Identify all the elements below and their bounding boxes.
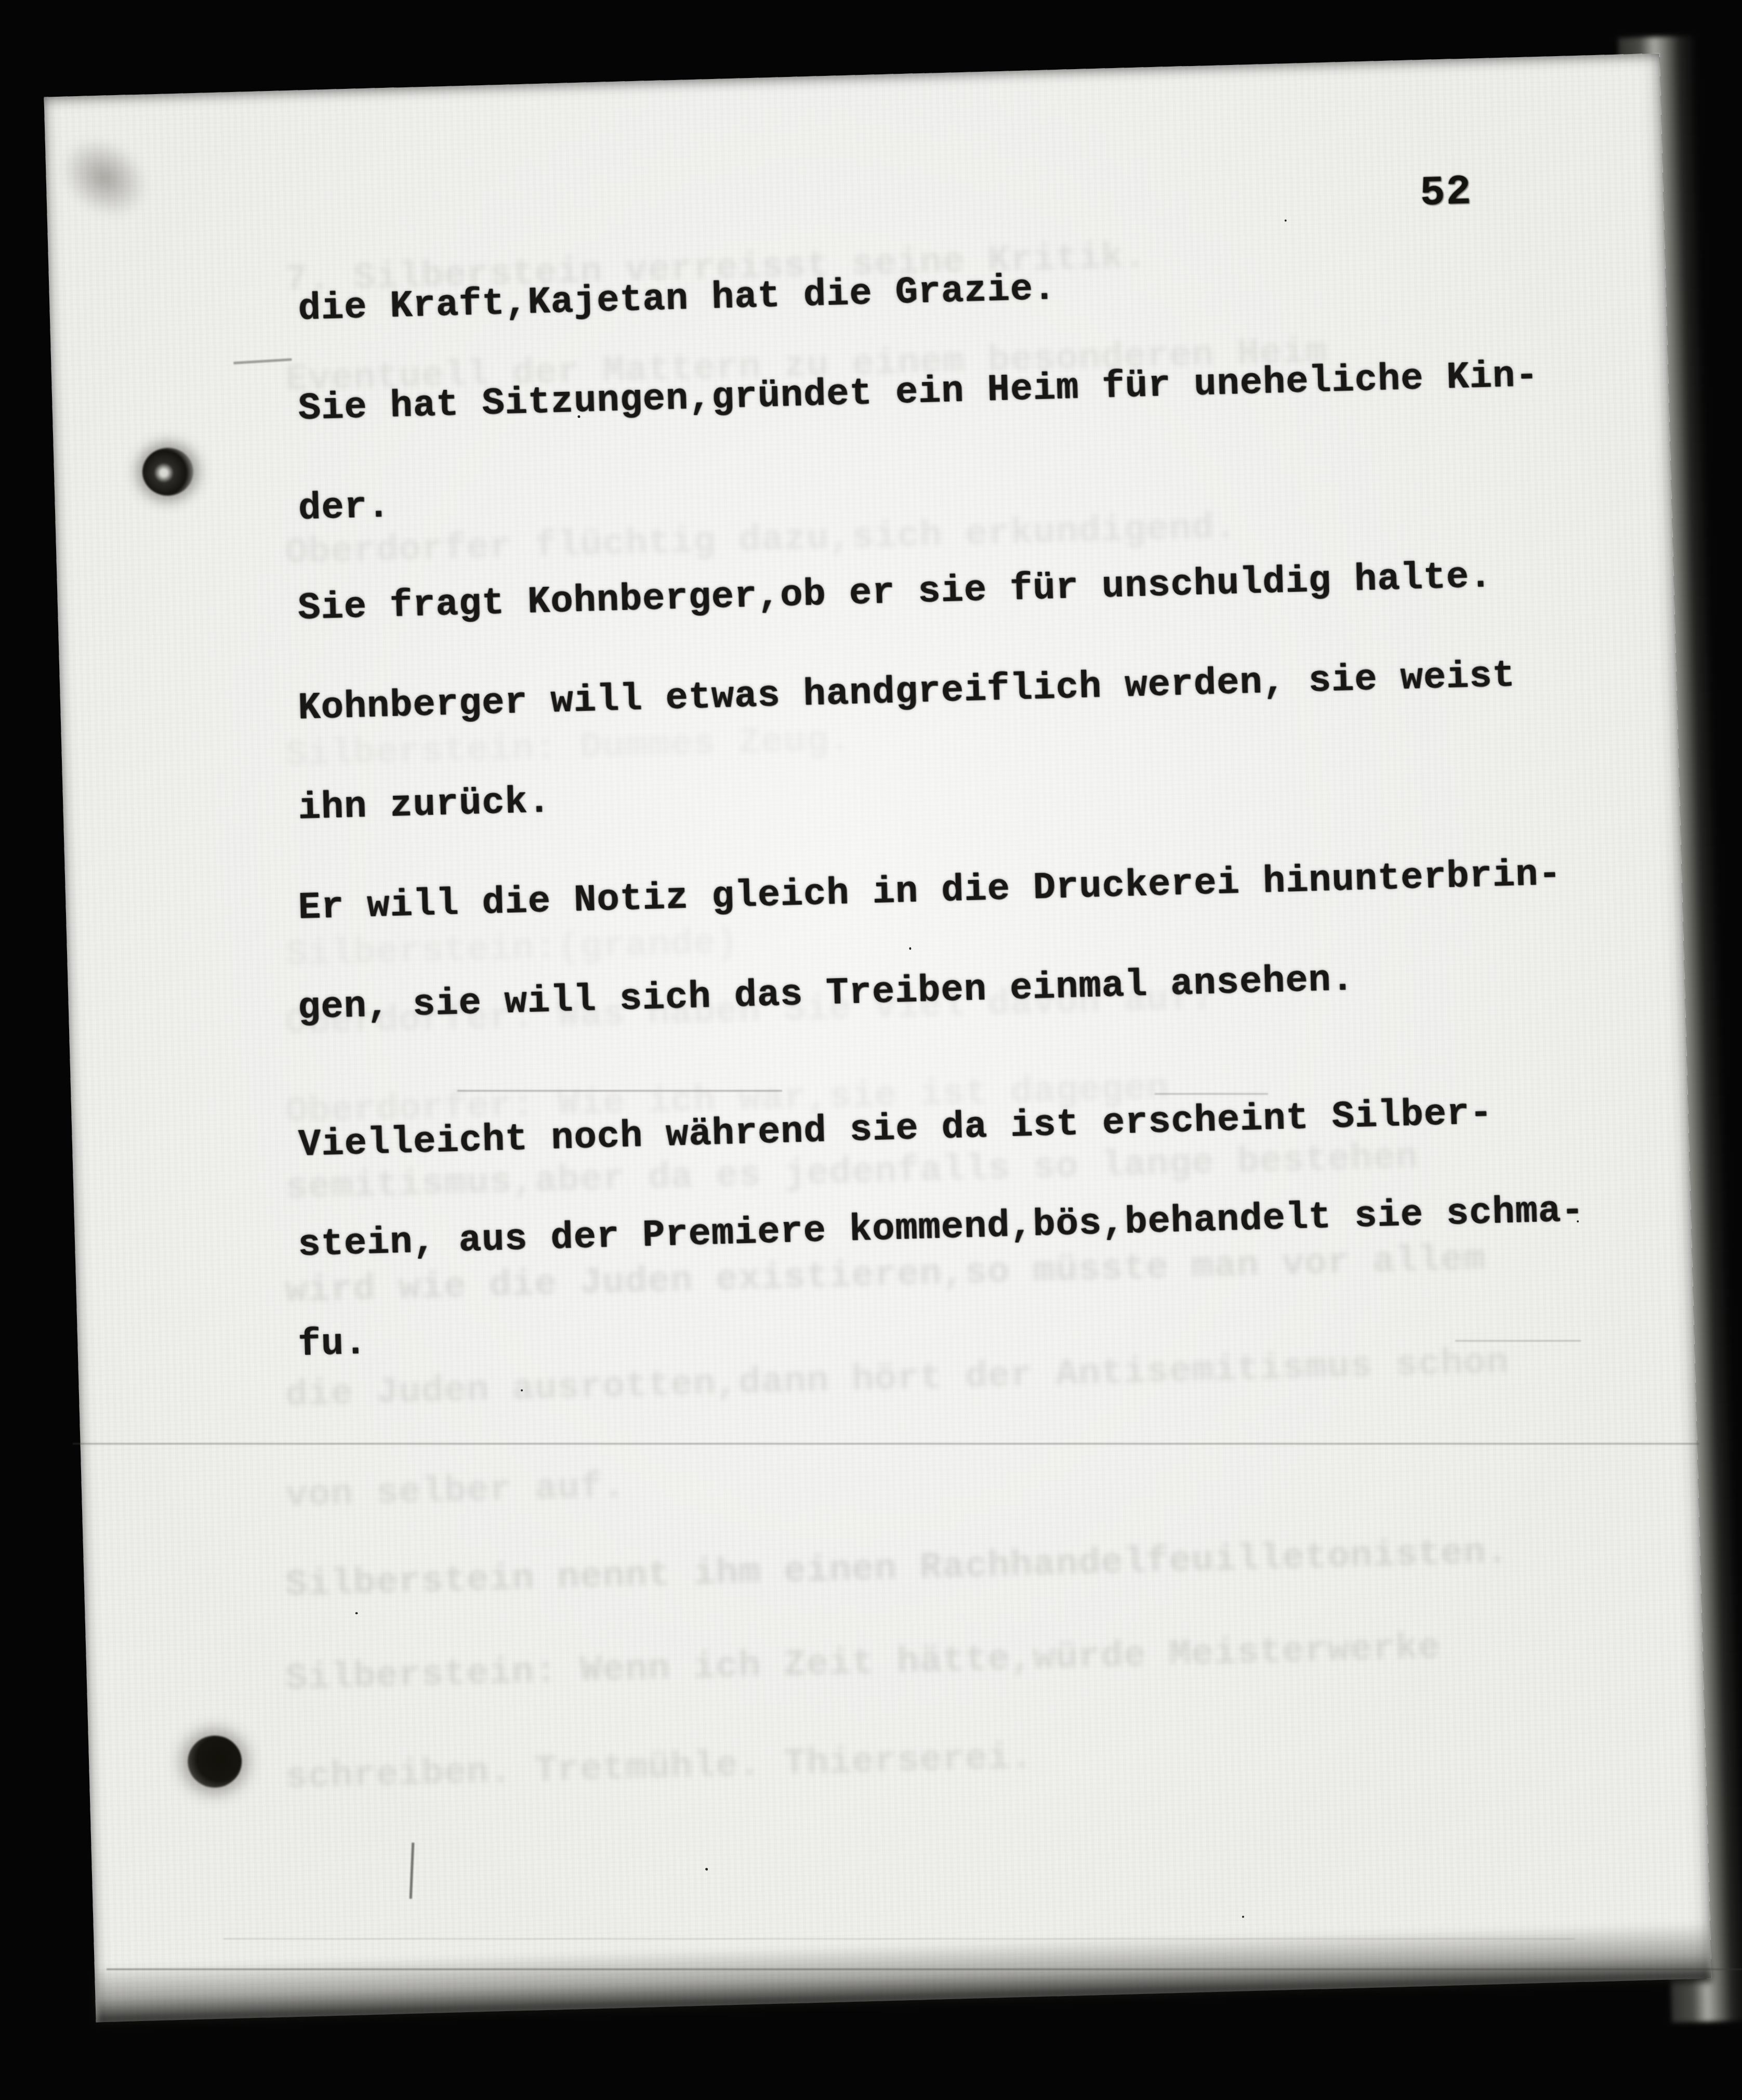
dust-speck [521,1389,523,1392]
dust-speck [1285,219,1287,221]
edge-smudge [45,122,163,234]
dust-speck [577,415,580,418]
dust-speck [705,1868,708,1870]
paper-bottom-shadow [95,1922,1712,2025]
ghost-line: Silberstein:(grande) [285,925,739,974]
typed-line: Er will die Notiz gleich in die Druckere… [298,855,1562,927]
dust-speck [355,1612,358,1614]
dust-speck [1577,1220,1579,1223]
typed-line: ihn zurück. [298,783,551,827]
punch-hole-bottom [187,1735,243,1789]
ghost-line: von selber auf. [285,1468,626,1515]
ghost-line: Silberstein: Dummes Zeug. [285,722,852,774]
typed-line: fu. [298,1324,368,1364]
page-number: 52 [1419,168,1472,217]
typed-line: Kohnberger will etwas handgreiflich werd… [297,657,1515,727]
scan-background: { "doc": { "page_number": "52", "languag… [0,0,1742,2100]
faint-crease-line [223,1938,1575,1939]
underlying-page-edge [107,1968,1742,1970]
crease-line [73,1443,1699,1445]
typed-dash-line [1155,1093,1268,1095]
typed-line: der. [298,488,391,528]
dust-speck [1242,1916,1244,1918]
typed-dash-line [457,1090,782,1092]
ghost-line: schreiben. Tretmühle. Thierserei. [285,1739,1033,1796]
page-paper: 52 die Kraft,Kajetan hat die Grazie. Sie… [44,54,1711,2023]
pencil-mark [233,358,292,364]
punch-hole-top [142,447,194,496]
dust-speck [909,947,911,950]
ghost-line: Silberstein nennt ihm einen Rachhandelfe… [285,1534,1509,1605]
ghost-line: Silberstein: Wenn ich Zeit hätte,würde M… [285,1630,1441,1698]
pencil-stroke [410,1843,415,1899]
ghost-line: Oberdorfer flüchtig dazu,sich erkundigen… [285,509,1237,572]
ghost-line: die Juden ausrotten,dann hört der Antise… [285,1344,1509,1414]
typed-dash-line [1455,1340,1581,1342]
